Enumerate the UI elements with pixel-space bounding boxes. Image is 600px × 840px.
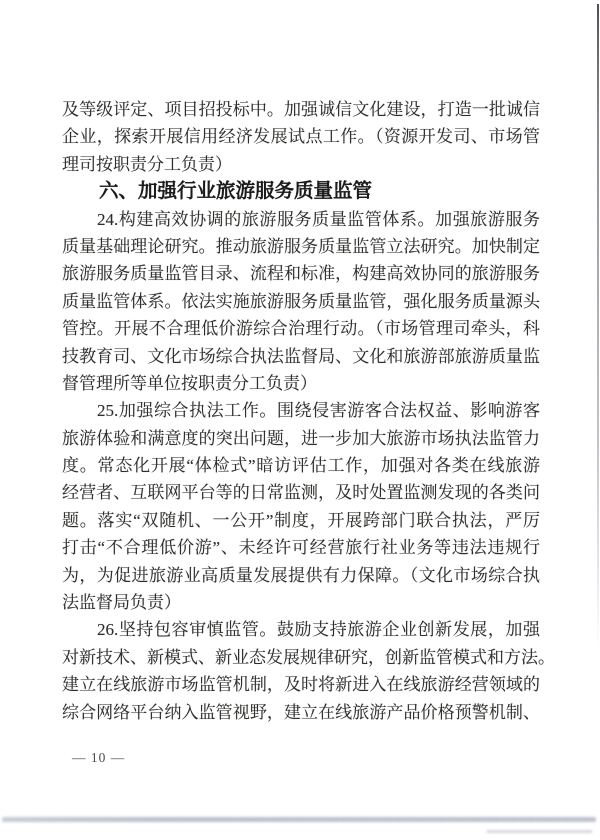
- text-line: 度。常态化开展“体检式”暗访评估工作，加强对各类在线旅游: [62, 452, 540, 479]
- text-line: 管控。开展不合理低价游综合治理行动。（市场管理司牵头，科: [62, 315, 540, 342]
- section-heading: 六、加强行业旅游服务质量监管: [62, 178, 540, 205]
- text-line: 打击“不合理低价游”、未经许可经营旅行社业务等违法违规行: [62, 534, 540, 561]
- text-line: 质量基础理论研究。推动旅游服务质量监管立法研究。加快制定: [62, 233, 540, 260]
- text-line: 25.加强综合执法工作。围绕侵害游客合法权益、影响游客: [62, 397, 540, 424]
- scan-edge-artifact: [597, 4, 599, 649]
- text-line: 理司按职责分工负责）: [62, 151, 540, 178]
- text-line: 企业，探索开展信用经济发展试点工作。（资源开发司、市场管: [62, 123, 540, 150]
- scan-bottom-artifact: [2, 817, 596, 822]
- document-page: 及等级评定、项目招投标中。加强诚信文化建设，打造一批诚信 企业，探索开展信用经济…: [0, 0, 600, 840]
- text-line: 技教育司、文化市场综合执法监督局、文化和旅游部旅游质量监: [62, 343, 540, 370]
- text-line: 24.构建高效协调的旅游服务质量监管体系。加强旅游服务: [62, 206, 540, 233]
- text-line: 质量监管体系。依法实施旅游服务质量监管，强化服务质量源头: [62, 288, 540, 315]
- scan-smudge-artifact: [487, 830, 592, 833]
- text-line: 对新技术、新模式、新业态发展规律研究，创新监管模式和方法。: [62, 644, 540, 671]
- page-number: — 10 —: [72, 750, 125, 766]
- text-line: 综合网络平台纳入监管视野，建立在线旅游产品价格预警机制、: [62, 699, 540, 726]
- text-line: 26.坚持包容审慎监管。鼓励支持旅游企业创新发展，加强: [62, 616, 540, 643]
- text-line: 法监督局负责）: [62, 589, 540, 616]
- text-line: 经营者、互联网平台等的日常监测，及时处置监测发现的各类问: [62, 479, 540, 506]
- text-line: 旅游体验和满意度的突出问题，进一步加大旅游市场执法监管力: [62, 425, 540, 452]
- text-line: 为，为促进旅游业高质量发展提供有力保障。（文化市场综合执: [62, 562, 540, 589]
- text-line: 旅游服务质量监管目录、流程和标准，构建高效协同的旅游服务: [62, 260, 540, 287]
- text-line: 建立在线旅游市场监管机制，及时将新进入在线旅游经营领域的: [62, 671, 540, 698]
- text-line: 督管理所等单位按职责分工负责）: [62, 370, 540, 397]
- document-text-block: 及等级评定、项目招投标中。加强诚信文化建设，打造一批诚信 企业，探索开展信用经济…: [62, 96, 540, 726]
- text-line: 题。落实“双随机、一公开”制度，开展跨部门联合执法，严厉: [62, 507, 540, 534]
- text-line: 及等级评定、项目招投标中。加强诚信文化建设，打造一批诚信: [62, 96, 540, 123]
